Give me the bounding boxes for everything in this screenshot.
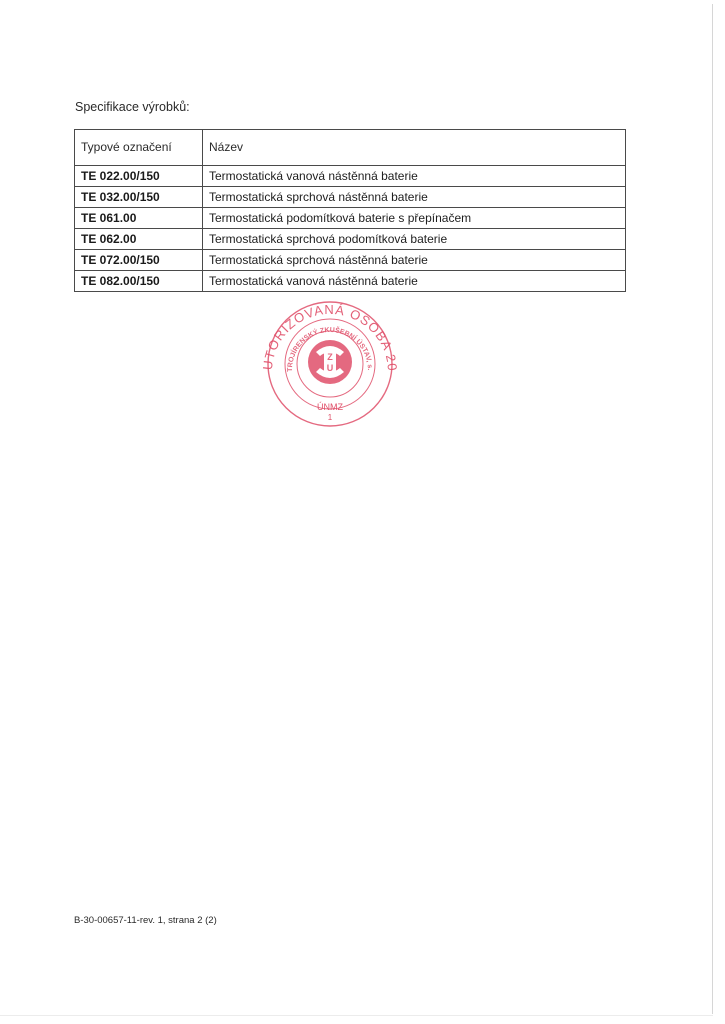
- table-row: TE 061.00 Termostatická podomítková bate…: [75, 208, 626, 229]
- table-row: TE 072.00/150 Termostatická sprchová nás…: [75, 250, 626, 271]
- svg-text:U: U: [327, 363, 334, 373]
- table-row: TE 082.00/150 Termostatická vanová nástě…: [75, 271, 626, 292]
- product-name: Termostatická podomítková baterie s přep…: [203, 208, 626, 229]
- column-header-type: Typové označení: [75, 130, 203, 166]
- table-header-row: Typové označení Název: [75, 130, 626, 166]
- stamp-number: 1: [328, 413, 333, 422]
- page-edge: [0, 1015, 713, 1016]
- svg-text:Z: Z: [327, 352, 333, 362]
- product-code: TE 022.00/150: [75, 166, 203, 187]
- page-edge: [712, 4, 713, 1014]
- product-name: Termostatická sprchová nástěnná baterie: [203, 187, 626, 208]
- product-code: TE 082.00/150: [75, 271, 203, 292]
- table-row: TE 032.00/150 Termostatická sprchová nás…: [75, 187, 626, 208]
- product-name: Termostatická sprchová nástěnná baterie: [203, 250, 626, 271]
- table-row: TE 062.00 Termostatická sprchová podomít…: [75, 229, 626, 250]
- product-spec-table: Typové označení Název TE 022.00/150 Term…: [74, 129, 626, 292]
- product-name: Termostatická sprchová podomítková bater…: [203, 229, 626, 250]
- column-header-name: Název: [203, 130, 626, 166]
- document-footer: B-30-00657-11-rev. 1, strana 2 (2): [74, 915, 217, 926]
- product-code: TE 062.00: [75, 229, 203, 250]
- section-title: Specifikace výrobků:: [75, 100, 190, 114]
- product-code: TE 061.00: [75, 208, 203, 229]
- product-code: TE 072.00/150: [75, 250, 203, 271]
- product-code: TE 032.00/150: [75, 187, 203, 208]
- stamp-logo: Z U: [308, 340, 352, 384]
- product-name: Termostatická vanová nástěnná baterie: [203, 271, 626, 292]
- product-name: Termostatická vanová nástěnná baterie: [203, 166, 626, 187]
- table-row: TE 022.00/150 Termostatická vanová nástě…: [75, 166, 626, 187]
- official-stamp: AUTORIZOVANÁ OSOBA 202 STROJÍRENSKÝ ZKUŠ…: [256, 296, 404, 428]
- stamp-bottom-text: ÚNMZ: [317, 402, 343, 412]
